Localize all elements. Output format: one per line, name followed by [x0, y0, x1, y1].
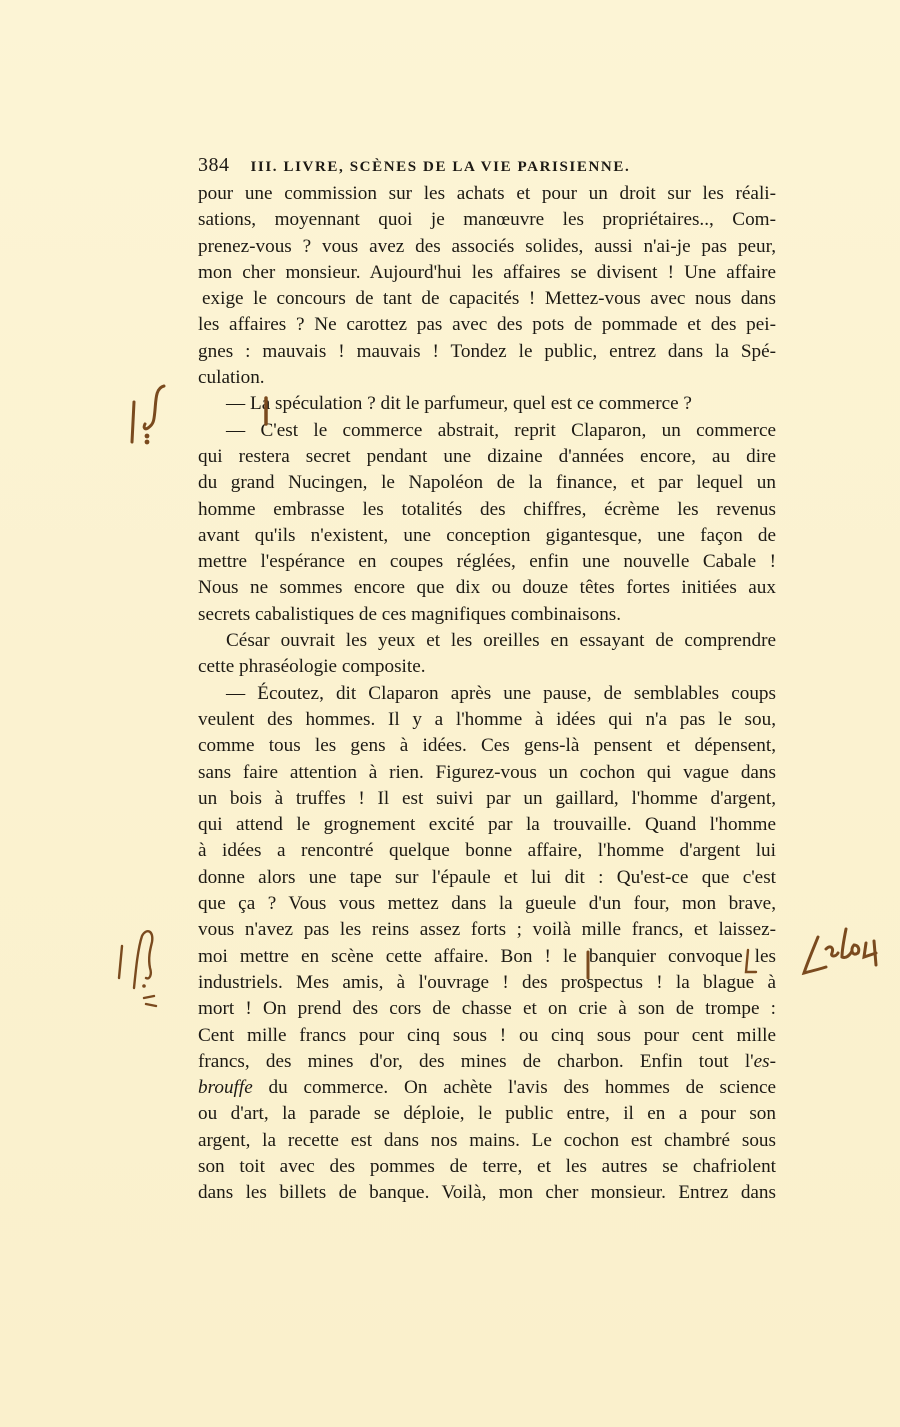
- running-head: 384 III. LIVRE, SCÈNES DE LA VIE PARISIE…: [198, 154, 778, 180]
- text-line: à idées a rencontré quelque bonne affair…: [198, 838, 776, 864]
- text-line: les affaires ? Ne carottez pas avec des …: [198, 312, 776, 338]
- proofreader-delete-mark-icon: [128, 384, 172, 454]
- text-line: sations, moyennant quoi je manœuvre les …: [198, 207, 776, 233]
- text-line: mon cher monsieur. Aujourd'hui les affai…: [198, 260, 776, 286]
- line-text-italic: es-: [754, 1051, 776, 1072]
- text-line: — C'est le commerce abstrait, reprit Cla…: [198, 418, 776, 444]
- text-line: mettre l'espérance en coupes réglées, en…: [198, 549, 776, 575]
- text-line: culation.: [198, 365, 776, 391]
- text-line: homme embrasse les totalités des chiffre…: [198, 497, 776, 523]
- running-head-title: III. LIVRE, SCÈNES DE LA VIE PARISIENNE.: [251, 159, 631, 175]
- text-line: secrets cabalistiques de ces magnifiques…: [198, 602, 776, 628]
- text-line: — La spéculation ? dit le parfumeur, que…: [198, 391, 776, 417]
- text-line: argent, la recette est dans nos mains. L…: [198, 1128, 776, 1154]
- handwritten-correction-icon: [800, 925, 884, 981]
- text-line: exige le concours de tant de capacités !…: [198, 286, 776, 312]
- text-line: Cent mille francs pour cinq sous ! ou ci…: [198, 1023, 776, 1049]
- book-page: 384 III. LIVRE, SCÈNES DE LA VIE PARISIE…: [0, 0, 900, 1427]
- text-line: industriels. Mes amis, à l'ouvrage ! des…: [198, 970, 776, 996]
- text-line: ou d'art, la parade se déploie, le publi…: [198, 1101, 776, 1127]
- text-line: gnes : mauvais ! mauvais ! Tondez le pub…: [198, 339, 776, 365]
- text-line: donne alors une tape sur l'épaule et lui…: [198, 865, 776, 891]
- inline-insert-mark-icon: [742, 948, 758, 978]
- text-line: du grand Nucingen, le Napoléon de la fin…: [198, 470, 776, 496]
- text-line: dans les billets de banque. Voilà, mon c…: [198, 1180, 776, 1206]
- line-text-roman: francs, des mines d'or, des mines de cha…: [198, 1051, 754, 1072]
- text-line: veulent des hommes. Il y a l'homme à idé…: [198, 707, 776, 733]
- text-line: cette phraséologie composite.: [198, 654, 776, 680]
- text-line: mort ! On prend des cors de chasse et on…: [198, 996, 776, 1022]
- body-text: pour une commission sur les achats et po…: [198, 181, 776, 1207]
- text-line: pour une commission sur les achats et po…: [198, 181, 776, 207]
- text-line: francs, des mines d'or, des mines de cha…: [198, 1049, 776, 1075]
- text-line: prenez-vous ? vous avez des associés sol…: [198, 234, 776, 260]
- text-line: brouffe du commerce. On achète l'avis de…: [198, 1075, 776, 1101]
- text-line: — Écoutez, dit Claparon après une pause,…: [198, 681, 776, 707]
- text-line: que ça ? Vous vous mettez dans la gueule…: [198, 891, 776, 917]
- inline-strike-mark-icon: [262, 396, 270, 426]
- line-text-italic: brouffe: [198, 1077, 253, 1098]
- page-number: 384: [198, 154, 230, 176]
- proofreader-delete-mark-icon: [116, 928, 176, 1012]
- text-line: vous n'avez pas les reins assez forts ; …: [198, 917, 776, 943]
- text-line: son toit avec des pommes de terre, et le…: [198, 1154, 776, 1180]
- text-line: Nous ne sommes encore que dix ou douze t…: [198, 575, 776, 601]
- text-line: qui attend le grognement excité par la t…: [198, 812, 776, 838]
- text-line: un bois à truffes ! Il est suivi par un …: [198, 786, 776, 812]
- text-line: avant qu'ils n'existent, une conception …: [198, 523, 776, 549]
- text-line: moi mettre en scène cette affaire. Bon !…: [198, 944, 776, 970]
- text-line: qui restera secret pendant une dizaine d…: [198, 444, 776, 470]
- inline-strike-mark-icon: [584, 950, 592, 980]
- text-line: sans faire attention à rien. Figurez-vou…: [198, 760, 776, 786]
- text-line: César ouvrait les yeux et les oreilles e…: [198, 628, 776, 654]
- line-text-roman: du commerce. On achète l'avis des hommes…: [253, 1077, 776, 1098]
- text-line: comme tous les gens à idées. Ces gens-là…: [198, 733, 776, 759]
